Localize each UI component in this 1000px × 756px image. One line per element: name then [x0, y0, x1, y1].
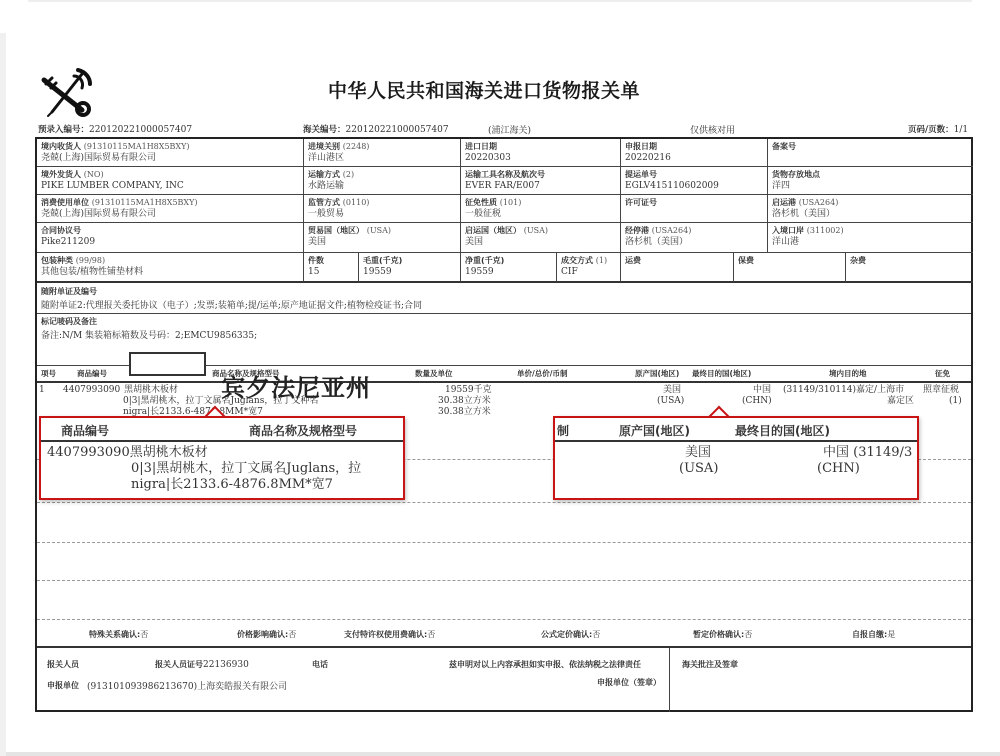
- pre-entry-number: 预录入编号：220120221000057407: [38, 123, 192, 135]
- field-levy-nature: 征免性质 (101) 一般征税: [461, 195, 621, 223]
- divider: [37, 646, 971, 648]
- field-consignee: 境内收货人 (91310115MA1H8X5BXY) 尧兢(上海)国际贸易有限公…: [37, 139, 304, 167]
- callout-origin-destination: 制 原产国(地区) 最终目的国(地区) 美国 (USA) 中国 (31149/3…: [553, 416, 919, 500]
- field-departure-port: 启运港 (USA264) 洛杉机（美国）: [768, 195, 973, 223]
- field-package-type: 包装种类 (99/98) 其他包装/植物性铺垫材料: [37, 253, 304, 283]
- field-consumer: 消费使用单位 (91310115MA1H8X5BXY) 尧兢(上海)国际贸易有限…: [37, 195, 304, 223]
- goods-header-price: 单价/总价/币制: [517, 368, 567, 379]
- declaration-statement: 兹申明对以上内容承担如实申报、依法纳税之法律责任: [449, 659, 641, 670]
- declaring-unit-label: 申报单位: [47, 680, 79, 691]
- field-pieces: 件数 15: [304, 253, 359, 283]
- phone-label: 电话: [312, 659, 328, 670]
- redaction-box: [129, 352, 206, 376]
- declaring-unit-value: (913101093986213670)上海奕皓报关有限公司: [87, 679, 287, 692]
- row-separator: [37, 580, 971, 581]
- confirm-special-relation: 特殊关系确认:否: [89, 629, 148, 640]
- field-contract-no: 合同协议号 Pike211209: [37, 223, 304, 253]
- row-separator: [37, 619, 971, 620]
- footer-divider: [669, 648, 670, 712]
- field-supervision: 监管方式 (0110) 一般贸易: [304, 195, 461, 223]
- field-deal-mode: 成交方式 (1) CIF: [557, 253, 621, 283]
- row-separator: [37, 502, 971, 503]
- confirm-royalty: 支付特许权使用费确认:否: [344, 629, 435, 640]
- callout-goods-name: 商品编号 商品名称及规格型号 4407993090黑胡桃木板材 0|3|黑胡桃木…: [39, 416, 405, 500]
- goods-header-domestic-dest: 境内目的地: [829, 368, 867, 379]
- divider: [37, 313, 971, 314]
- field-consignor: 境外发货人 (NO) PIKE LUMBER COMPANY, INC: [37, 167, 304, 195]
- verification-notice: 仅供核对用: [690, 123, 735, 136]
- field-misc-fee: 杂费: [846, 253, 973, 283]
- row-separator: [37, 542, 971, 543]
- confirm-self-declare: 自报自缴:是: [852, 629, 895, 640]
- field-freight: 运费: [621, 253, 734, 283]
- confirm-provisional-price: 暂定价格确认:否: [693, 629, 752, 640]
- field-import-date: 进口日期 20220303: [461, 139, 621, 167]
- field-storage: 货物存放地点 洋四: [768, 167, 973, 195]
- confirm-formula-pricing: 公式定价确认:否: [541, 629, 600, 640]
- field-vessel: 运输工具名称及航次号 EVER FAR/E007: [461, 167, 621, 195]
- goods-header-quantity: 数量及单位: [415, 368, 453, 379]
- attachments-value: 随附单证2:代理报关委托协议（电子）;发票;装箱单;提/运单;原产地证据文件;植…: [41, 298, 422, 311]
- field-declare-date: 申报日期 20220216: [621, 139, 768, 167]
- field-departure-country: 启运国（地区） (USA) 美国: [461, 223, 621, 253]
- field-trade-country: 贸易国（地区） (USA) 美国: [304, 223, 461, 253]
- customs-remark-label: 海关批注及签章: [682, 659, 738, 670]
- field-bill-no: 提运单号 EGLV415110602009: [621, 167, 768, 195]
- confirm-price-influence: 价格影响确认:否: [237, 629, 296, 640]
- goods-header-dest-country: 最终目的国(地区): [692, 368, 751, 379]
- field-net-weight: 净重(千克) 19559: [461, 253, 557, 283]
- customs-number: 海关编号：220120221000057407: [303, 123, 449, 135]
- goods-header-origin: 原产国(地区): [635, 368, 679, 379]
- field-transit-port: 经停港 (USA264) 洛杉机（美国）: [621, 223, 768, 253]
- field-entry-customs: 进境关别 (2248) 洋山港区: [304, 139, 461, 167]
- page-edge-bottom: [6, 752, 1000, 756]
- page-edge-top: [28, 0, 972, 2]
- field-license-no: 许可证号: [621, 195, 768, 223]
- goods-header-hs-code: 商品编号: [77, 368, 107, 379]
- remarks-value: 备注:N/M 集装箱标箱数及号码：2;EMCU9856335;: [41, 328, 257, 341]
- document-title: 中华人民共和国海关进口货物报关单: [328, 76, 640, 103]
- field-insurance: 保费: [734, 253, 846, 283]
- seal-label: 申报单位（签章）: [597, 677, 661, 688]
- customs-emblem-icon: [38, 66, 96, 118]
- divider: [37, 381, 971, 383]
- page-indicator: 页码/页数：1/1: [908, 123, 968, 135]
- annotation-overlay-text: 宾夕法尼亚州: [221, 368, 371, 403]
- goods-header-levy: 征免: [935, 368, 950, 379]
- declarer-label: 报关人员: [47, 659, 79, 670]
- field-entry-port: 入境口岸 (311002) 洋山港: [768, 223, 973, 253]
- attachments-label: 随附单证及编号: [41, 286, 97, 297]
- field-transport-mode: 运输方式 (2) 水路运输: [304, 167, 461, 195]
- field-record-no: 备案号: [768, 139, 973, 167]
- remarks-label: 标记唛码及备注: [41, 316, 97, 327]
- page-edge-left: [0, 33, 6, 756]
- customs-office: (浦江海关): [488, 123, 531, 136]
- goods-header-item-no: 项号: [41, 368, 56, 379]
- declarer-cert: 报关人员证号22136930: [155, 659, 249, 670]
- field-gross-weight: 毛重(千克) 19559: [359, 253, 461, 283]
